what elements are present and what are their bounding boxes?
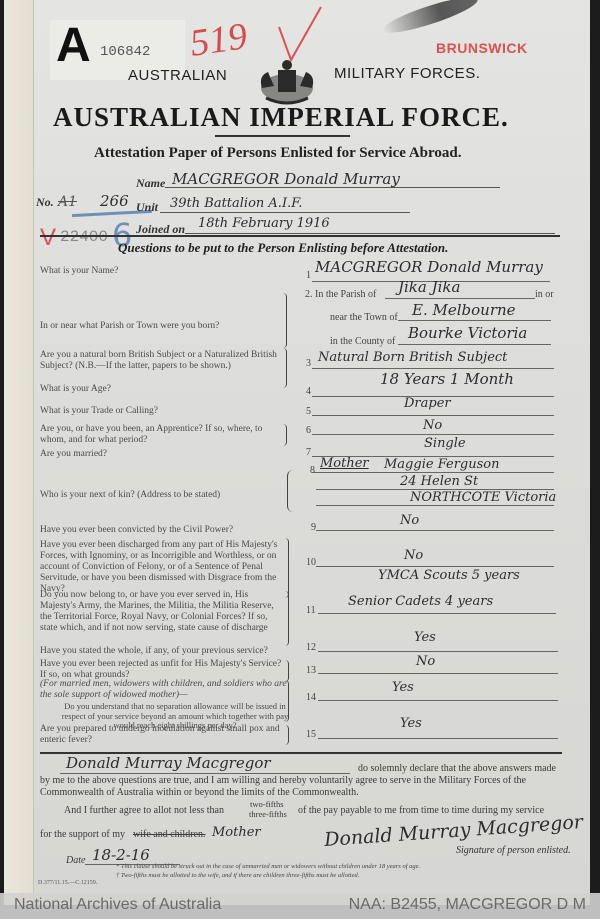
answer-number-13: 13	[306, 665, 316, 676]
archive-watermark: National Archives of Australia	[14, 896, 221, 914]
answer-line-9	[316, 530, 554, 531]
section-rule	[40, 235, 560, 237]
answer-number-5: 5	[306, 406, 311, 417]
county-value: Bourke Victoria	[408, 324, 527, 342]
answer-line-8c	[316, 505, 554, 506]
parish-line	[385, 298, 535, 299]
answer-number-12: 12	[306, 642, 316, 653]
declaration-text-2: by me to the above questions are true, a…	[40, 775, 565, 787]
name-value: MACGREGOR Donald Murray	[172, 170, 400, 188]
answer-3: Natural Born British Subject	[318, 350, 507, 365]
next-of-kin-town: NORTHCOTE Victoria	[410, 490, 556, 505]
allot-fraction-two-fifths: two-fifths	[250, 800, 284, 809]
question-8: Who is your next of kin? (Address to be …	[40, 490, 290, 501]
name-label: Name	[136, 176, 165, 191]
answer-number-8: 8	[310, 465, 315, 476]
answer-number-6: 6	[306, 425, 311, 436]
date-value: 18-2-16	[92, 846, 150, 864]
declaration-text-3: Commonwealth of Australia within or beyo…	[40, 787, 359, 799]
signature-label: Signature of person enlisted.	[456, 845, 571, 856]
no-label: No.	[36, 195, 54, 210]
bracket-3	[282, 348, 287, 388]
answer-line-6	[312, 434, 554, 435]
unit-line	[160, 212, 410, 213]
red-annotation: 519	[187, 14, 250, 66]
parish-label: 2. In the Parish of	[305, 289, 376, 300]
next-of-kin-name: Maggie Ferguson	[384, 457, 499, 472]
record-reference: NAA: B2455, MACGREGOR D M	[349, 896, 586, 914]
question-10: Have you ever been discharged from any p…	[40, 540, 290, 595]
question-11: Do you now belong to, or have you ever s…	[40, 590, 285, 634]
joined-value: 18th February 1916	[198, 216, 330, 231]
answer-10-note: YMCA Scouts 5 years	[378, 568, 520, 583]
bracket-15	[284, 725, 289, 745]
question-7: Are you married?	[40, 449, 290, 460]
bracket-6	[282, 424, 287, 446]
answer-number-11: 11	[306, 605, 316, 616]
answer-14: Yes	[392, 680, 414, 695]
support-text: for the support of my	[40, 829, 125, 841]
town-label: near the Town of	[330, 312, 398, 323]
unit-label: Unit	[136, 200, 158, 215]
red-check-icon	[275, 5, 325, 65]
answer-4: 18 Years 1 Month	[380, 370, 514, 388]
declaration-text-1: do solemnly declare that the above answe…	[358, 763, 556, 775]
answer-line-13	[318, 673, 558, 674]
answer-line-5	[312, 415, 554, 416]
header-military-forces: MILITARY FORCES.	[334, 65, 480, 82]
allot-text: And I further agree to allot not less th…	[64, 805, 224, 817]
answer-line-11	[318, 613, 556, 614]
answer-number-4: 4	[306, 386, 311, 397]
register-mark: V	[40, 224, 56, 252]
town-line	[398, 320, 551, 321]
question-9: Have you ever been convicted by the Civi…	[40, 525, 290, 536]
answer-line-3	[312, 368, 554, 369]
answer-12: Yes	[414, 630, 436, 645]
answer-number-1: 1	[306, 270, 311, 281]
answer-number-9: 9	[311, 522, 316, 533]
next-of-kin-relation: Mother	[320, 456, 369, 471]
bracket-10	[284, 538, 289, 598]
answer-line-14	[318, 700, 558, 701]
joined-line	[185, 233, 555, 234]
questions-heading: Questions to be put to the Person Enlist…	[118, 240, 448, 256]
question-14-condition: (For married men, widowers with children…	[40, 679, 290, 701]
answer-number-7: 7	[306, 447, 311, 458]
question-6: Are you, or have you been, an Apprentice…	[40, 424, 280, 446]
bracket-11	[284, 591, 289, 646]
answer-number-3: 3	[306, 358, 311, 369]
question-12: Have you stated the whole, if any, of yo…	[40, 646, 300, 657]
office-stamp: BRUNSWICK	[436, 40, 528, 56]
question-13: Have you ever been rejected as unfit for…	[40, 659, 285, 681]
question-1: What is your Name?	[40, 266, 290, 277]
question-5: What is your Trade or Calling?	[40, 406, 290, 417]
county-label: in the County of	[330, 336, 395, 347]
support-struck-text: wife and children.	[133, 829, 205, 841]
support-value: Mother	[212, 825, 261, 840]
answer-line-15	[318, 738, 558, 739]
in-or-label: in or	[535, 289, 554, 300]
question-4: What is your Age?	[40, 384, 290, 395]
answer-number-15: 15	[306, 729, 316, 740]
answer-1: MACGREGOR Donald Murray	[315, 258, 543, 276]
brace-8	[287, 470, 293, 512]
answer-line-10	[316, 566, 554, 567]
allot-fraction-three-fifths: three-fifths	[249, 810, 287, 819]
bracket-14	[284, 680, 289, 722]
unit-value: 39th Battalion A.I.F.	[170, 196, 302, 211]
coat-of-arms-icon	[252, 58, 322, 106]
title-underline	[215, 135, 350, 137]
paper-edge-strip	[4, 0, 34, 905]
answer-11: Senior Cadets 4 years	[348, 594, 493, 609]
file-letter: A	[56, 18, 91, 73]
answer-line-8a	[312, 472, 554, 473]
question-2: In or near what Parish or Town were you …	[40, 321, 290, 332]
struck-number: A1	[58, 194, 77, 210]
answer-number-10: 10	[306, 557, 316, 568]
enlistment-number: 266	[100, 192, 129, 210]
answer-line-12	[318, 651, 558, 652]
footnote-2: † Two-fifths must be allotted to the wif…	[116, 872, 359, 879]
county-line	[398, 344, 551, 345]
answer-10: No	[404, 548, 423, 563]
register-number: 22400	[60, 228, 108, 246]
answer-number-14: 14	[306, 692, 316, 703]
header-australian: AUSTRALIAN	[128, 67, 227, 84]
document-subtitle: Attestation Paper of Persons Enlisted fo…	[94, 145, 461, 162]
question-15: Are you prepared to undergo inoculation …	[40, 724, 285, 746]
town-value: E. Melbourne	[412, 301, 516, 319]
declarant-name: Donald Murray Macgregor	[66, 754, 271, 772]
answer-9: No	[400, 513, 419, 528]
document-title: AUSTRALIAN IMPERIAL FORCE.	[53, 102, 509, 133]
answer-6: No	[423, 418, 442, 433]
answer-15: Yes	[400, 716, 422, 731]
bracket-2	[282, 293, 287, 348]
answer-13: No	[416, 654, 435, 669]
footnote-1: * This clause should be struck out in th…	[116, 863, 420, 870]
declarant-name-line	[60, 773, 350, 774]
next-of-kin-street: 24 Helen St	[400, 474, 478, 489]
file-number: 106842	[100, 44, 150, 60]
answer-7: Single	[424, 436, 466, 451]
question-3: Are you a natural born British Subject o…	[40, 350, 280, 372]
form-code: D.377/11.15.—C.12159.	[38, 880, 97, 886]
date-label: Date	[66, 855, 85, 867]
answer-5: Draper	[404, 396, 451, 411]
parish-value: Jika Jika	[398, 278, 460, 296]
